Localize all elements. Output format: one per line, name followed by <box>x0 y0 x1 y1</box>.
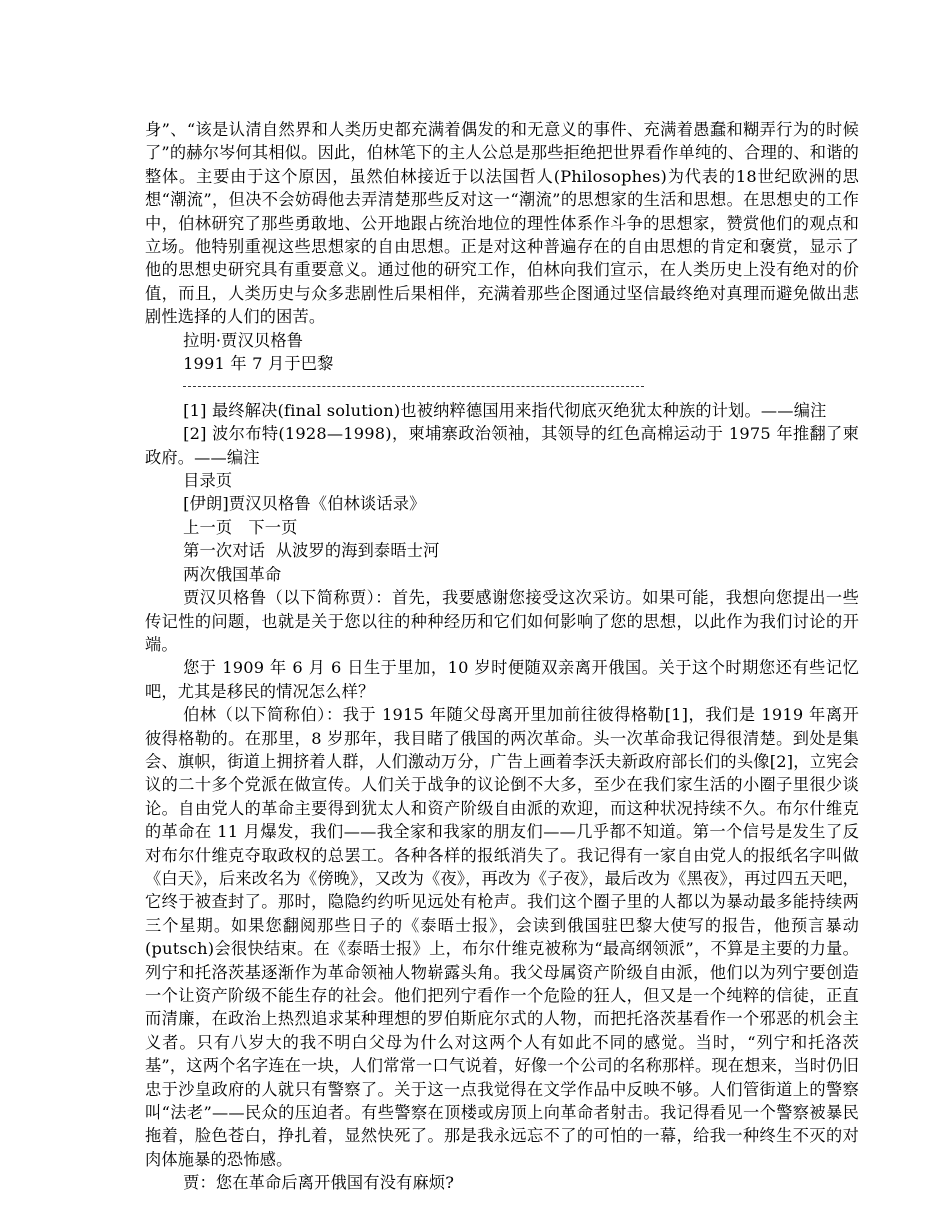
intro-paragraph-continuation: 身”、“该是认清自然界和人类历史都充满着偶发的和无意义的事件、充满着愚蠢和糊弄行… <box>145 118 859 329</box>
prev-page-link[interactable]: 上一页 <box>183 518 232 537</box>
signature-date-place: 1991 年 7 月于巴黎 <box>145 352 859 375</box>
page-navigation: 上一页 下一页 <box>145 516 859 539</box>
next-page-link[interactable]: 下一页 <box>248 518 297 537</box>
book-title: [伊朗]贾汉贝格鲁《伯林谈话录》 <box>145 492 859 515</box>
footnote-1: [1] 最终解决(final solution)也被纳粹德国用来指代彻底灭绝犹太… <box>145 399 859 422</box>
toc-link[interactable]: 目录页 <box>145 469 859 492</box>
dialogue-paragraph: 伯林（以下简称伯）：我于 1915 年随父母离开里加前往彼得格勒[1]，我们是 … <box>145 703 859 1171</box>
dialogue-paragraph: 您于 1909 年 6 月 6 日生于里加，10 岁时便随双亲离开俄国。关于这个… <box>145 656 859 703</box>
footnote-separator <box>183 375 644 398</box>
section-title: 两次俄国革命 <box>145 563 859 586</box>
document-page: 身”、“该是认清自然界和人类历史都充满着偶发的和无意义的事件、充满着愚蠢和糊弄行… <box>145 118 859 1195</box>
footnote-2: [2] 波尔布特(1928—1998)，柬埔寨政治领袖，其领导的红色高棉运动于 … <box>145 422 859 469</box>
dialogue-paragraph: 贾汉贝格鲁（以下简称贾）：首先，我要感谢您接受这次采访。如果可能，我想向您提出一… <box>145 586 859 656</box>
chapter-title: 第一次对话 从波罗的海到泰晤士河 <box>145 539 859 562</box>
signature-author: 拉明·贾汉贝格鲁 <box>145 329 859 352</box>
dialogue-paragraph: 贾：您在革命后离开俄国有没有麻烦? <box>145 1171 859 1194</box>
